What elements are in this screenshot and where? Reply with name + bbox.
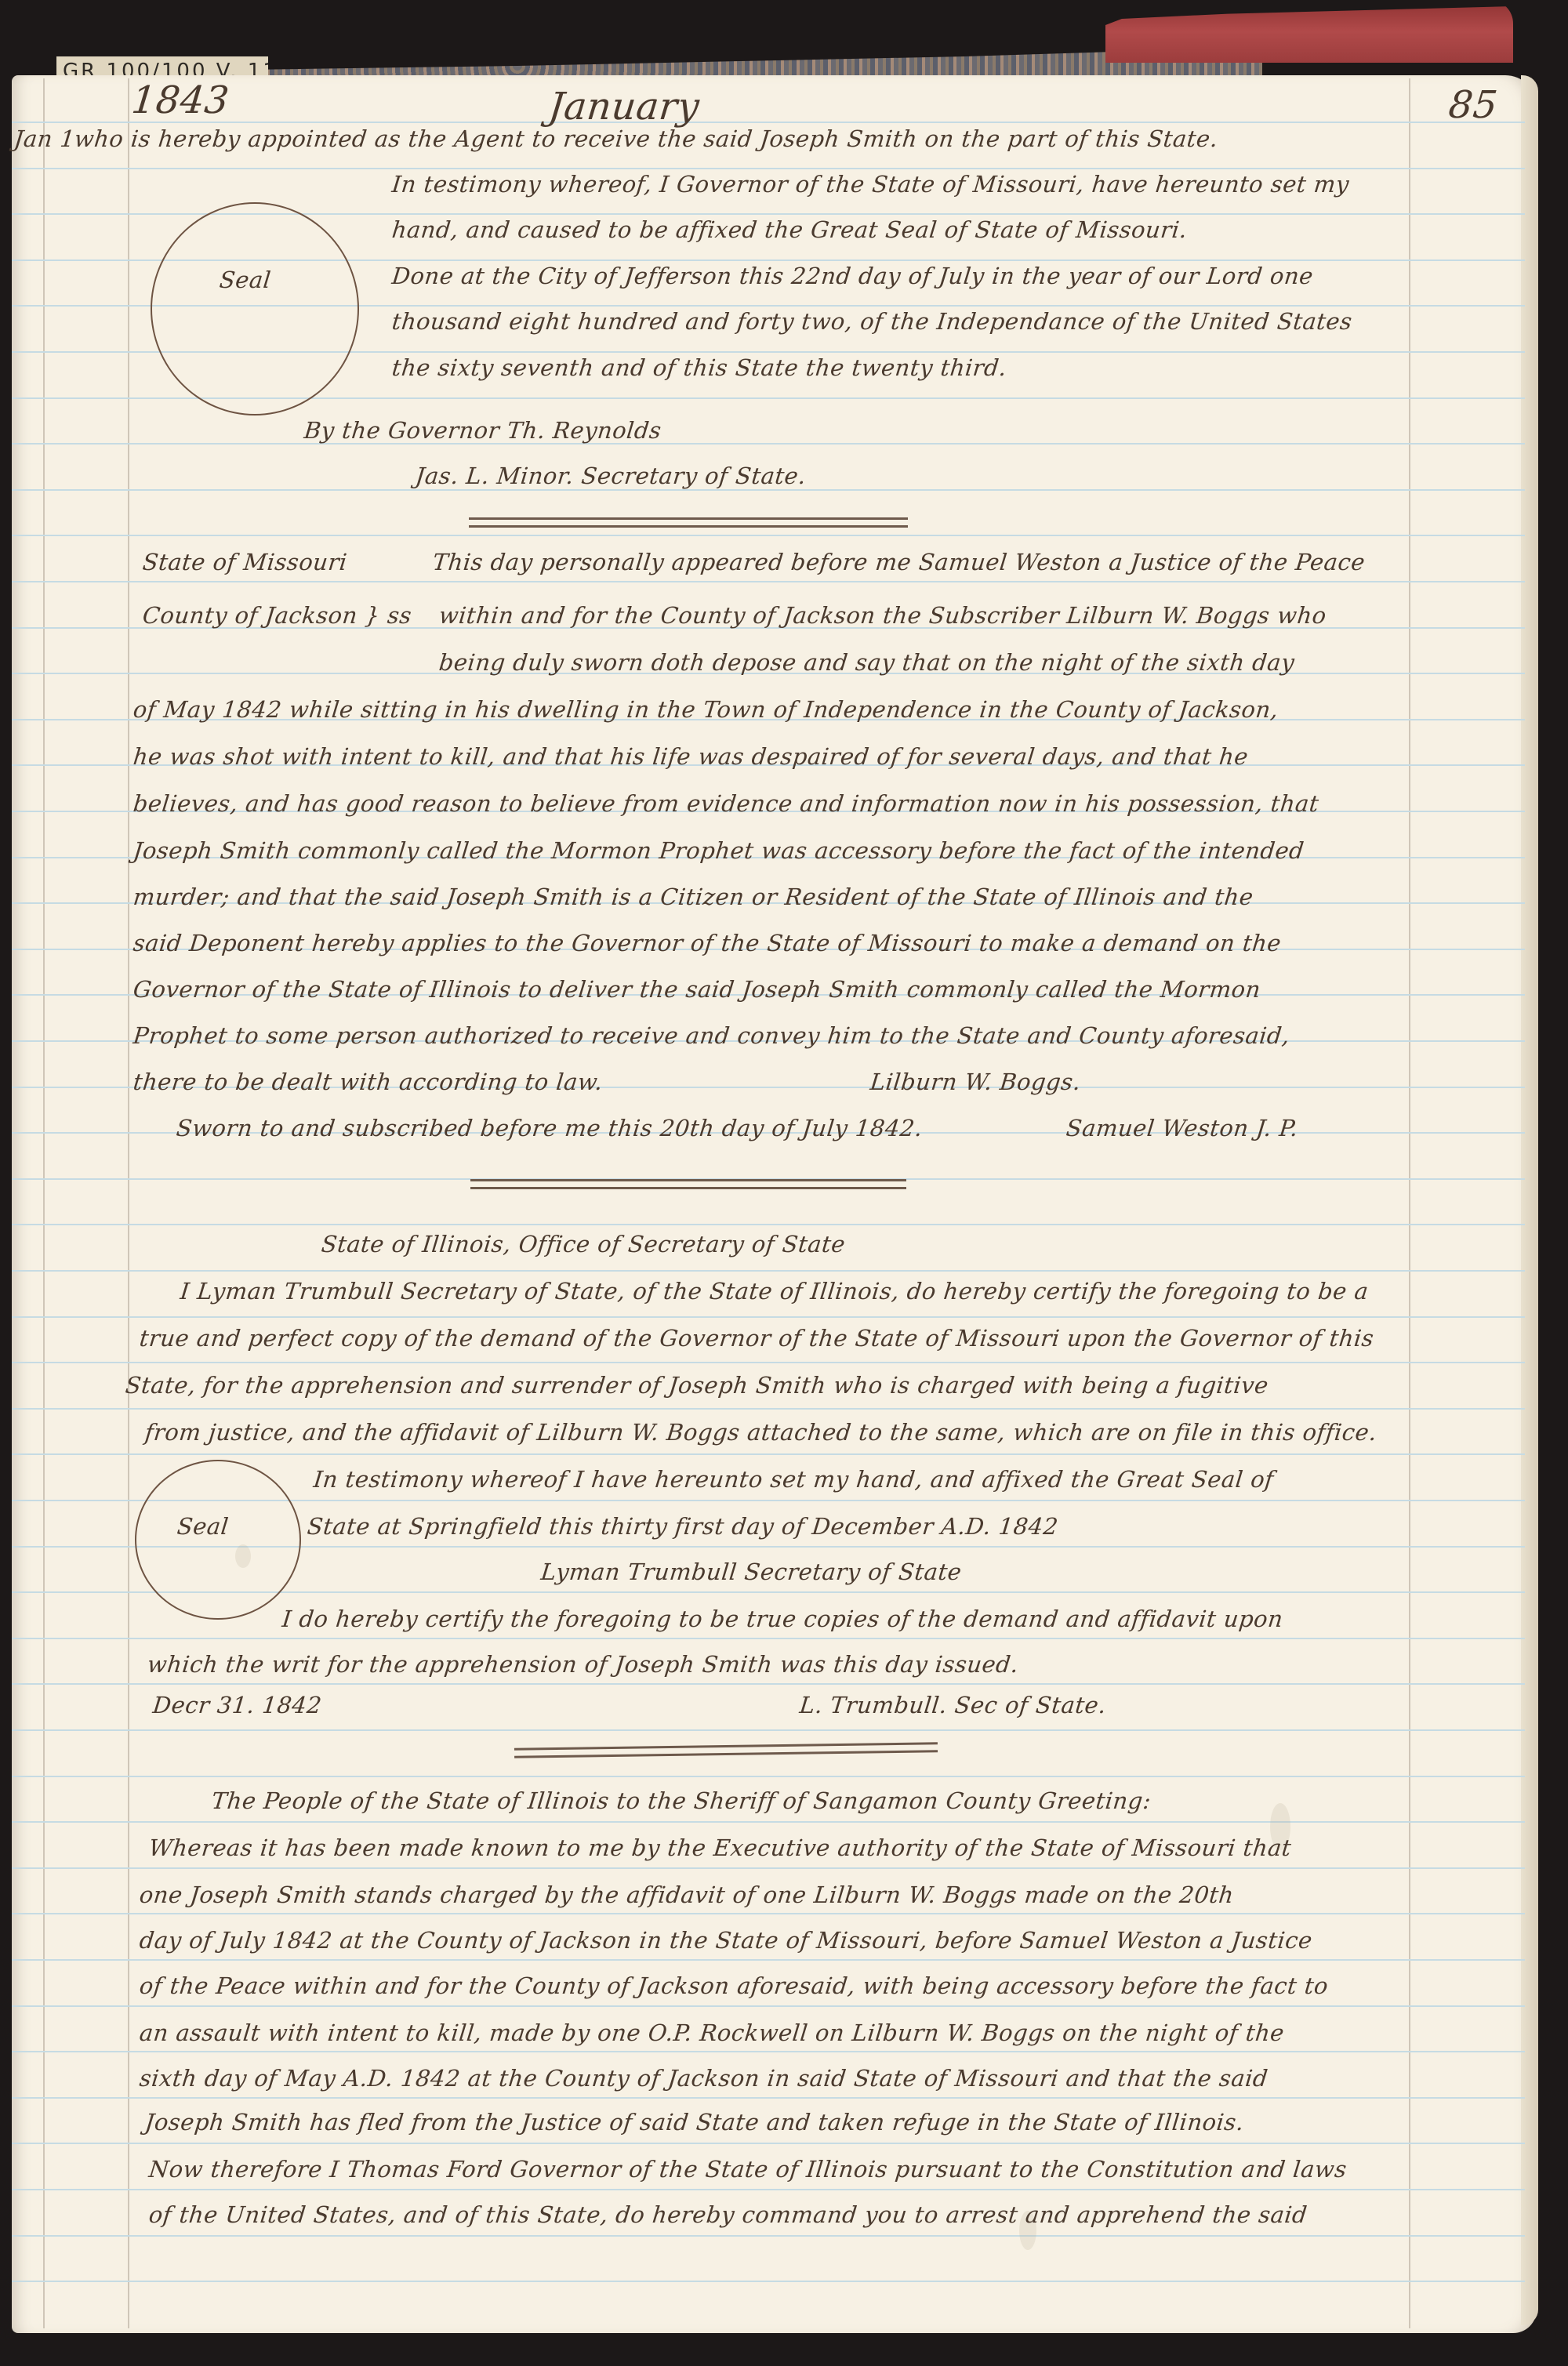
certification-date: Decr 31. 1842 — [151, 1692, 323, 1718]
text-line: being duly sworn doth depose and say tha… — [437, 649, 1296, 676]
text-line: In testimony whereof, I Governor of the … — [390, 171, 1350, 198]
text-line: of the United States, and of this State,… — [147, 2201, 1308, 2228]
ruled-line — [12, 1638, 1525, 1639]
text-line: who is hereby appointed as the Agent to … — [73, 125, 1219, 152]
ruled-line — [12, 1224, 1525, 1225]
red-spine-cover — [1105, 0, 1513, 63]
text-line: hand, and caused to be affixed the Great… — [390, 216, 1189, 243]
ruled-line — [12, 2143, 1525, 2144]
left-margin-rule-outer — [43, 78, 45, 2328]
text-line: thousand eight hundred and forty two, of… — [390, 308, 1353, 335]
text-line: Jas. L. Minor. Secretary of State. — [414, 463, 808, 489]
text-line: I Lyman Trumbull Secretary of State, of … — [179, 1278, 1370, 1305]
venue-state: State of Missouri — [141, 549, 348, 575]
text-line: of May 1842 while sitting in his dwellin… — [132, 696, 1279, 723]
ruled-line — [12, 1453, 1525, 1455]
ruled-line — [12, 1959, 1525, 1961]
signature-weston: Samuel Weston J. P. — [1065, 1115, 1299, 1141]
seal-circle — [151, 202, 359, 416]
text-line: This day personally appeared before me S… — [431, 549, 1367, 575]
signature-trumbull-short: L. Trumbull. Sec of State. — [798, 1692, 1108, 1718]
right-margin-rule — [1409, 78, 1410, 2328]
text-line: State at Springfield this thirty first d… — [306, 1513, 1059, 1540]
ruled-line — [12, 535, 1525, 536]
year-heading: 1843 — [129, 78, 231, 122]
text-line: of the Peace within and for the County o… — [138, 1972, 1330, 1999]
text-line: State, for the apprehension and surrende… — [124, 1372, 1269, 1399]
ruled-line — [12, 443, 1525, 445]
ruled-line — [12, 2097, 1525, 2099]
seal-label: Seal — [176, 1513, 230, 1540]
ruled-line — [12, 1270, 1525, 1272]
text-line: I do hereby certify the foregoing to be … — [281, 1606, 1284, 1632]
text-line: Done at the City of Jefferson this 22nd … — [390, 263, 1315, 289]
ruled-line — [12, 581, 1525, 582]
section-divider — [469, 517, 908, 528]
text-line: Governor of the State of Illinois to del… — [132, 976, 1262, 1003]
venue-county: County of Jackson } ss — [141, 602, 413, 629]
seal-label: Seal — [218, 267, 272, 293]
text-line: which the writ for the apprehension of J… — [146, 1651, 1020, 1678]
ruled-line — [12, 1776, 1525, 1777]
text-line: Whereas it has been made known to me by … — [147, 1834, 1293, 1861]
ruled-line — [12, 168, 1525, 169]
text-line: within and for the County of Jackson the… — [437, 602, 1327, 629]
ruled-line — [12, 2051, 1525, 2052]
ruled-line — [12, 1913, 1525, 1914]
margin-date: Jan 1 — [13, 125, 76, 152]
text-line: By the Governor Th. Reynolds — [303, 417, 662, 444]
text-line: he was shot with intent to kill, and tha… — [132, 743, 1250, 770]
month-heading: January — [546, 85, 702, 129]
text-line: day of July 1842 at the County of Jackso… — [138, 1927, 1313, 1954]
ruled-line — [12, 1362, 1525, 1363]
text-line: Joseph Smith commonly called the Mormon … — [132, 837, 1305, 864]
ruled-line — [12, 1316, 1525, 1318]
ruled-line — [12, 1729, 1525, 1731]
ruled-line — [12, 1683, 1525, 1685]
text-line: the sixty seventh and of this State the … — [390, 354, 1008, 381]
ruled-line — [12, 122, 1525, 123]
seal-circle — [135, 1460, 301, 1620]
left-margin-rule-inner — [128, 78, 129, 2328]
text-line: murder; and that the said Joseph Smith i… — [132, 884, 1254, 910]
ruled-line — [12, 489, 1525, 491]
ruled-line — [12, 2235, 1525, 2237]
text-line: believes, and has good reason to believe… — [132, 790, 1320, 817]
ruled-line — [12, 2005, 1525, 2007]
section-heading: The People of the State of Illinois to t… — [210, 1787, 1152, 1814]
ruled-line — [12, 1408, 1525, 1410]
text-line: said Deponent hereby applies to the Gove… — [132, 930, 1283, 956]
signature-boggs: Lilburn W. Boggs. — [869, 1069, 1082, 1095]
text-line: sixth day of May A.D. 1842 at the County… — [138, 2065, 1269, 2092]
section-divider — [470, 1179, 906, 1189]
text-line: Now therefore I Thomas Ford Governor of … — [147, 2156, 1348, 2183]
text-line: one Joseph Smith stands charged by the a… — [138, 1882, 1235, 1908]
text-line: Joseph Smith has fled from the Justice o… — [143, 2109, 1245, 2136]
section-heading: State of Illinois, Office of Secretary o… — [320, 1231, 847, 1257]
ruled-line — [12, 1821, 1525, 1823]
text-line: an assault with intent to kill, made by … — [138, 2019, 1286, 2046]
signature-trumbull: Lyman Trumbull Secretary of State — [539, 1559, 963, 1585]
ruled-line — [12, 2189, 1525, 2190]
text-line: Sworn to and subscribed before me this 2… — [175, 1115, 924, 1141]
text-line: In testimony whereof I have hereunto set… — [312, 1466, 1275, 1493]
ruled-line — [12, 1867, 1525, 1869]
page-edge — [1521, 75, 1538, 2325]
ruled-line — [12, 2281, 1525, 2282]
text-line: Prophet to some person authorized to rec… — [132, 1022, 1291, 1049]
text-line: from justice, and the affidavit of Lilbu… — [143, 1419, 1378, 1446]
page-number: 85 — [1446, 83, 1500, 127]
text-line: true and perfect copy of the demand of t… — [138, 1325, 1375, 1352]
text-line: there to be dealt with according to law. — [132, 1069, 604, 1095]
